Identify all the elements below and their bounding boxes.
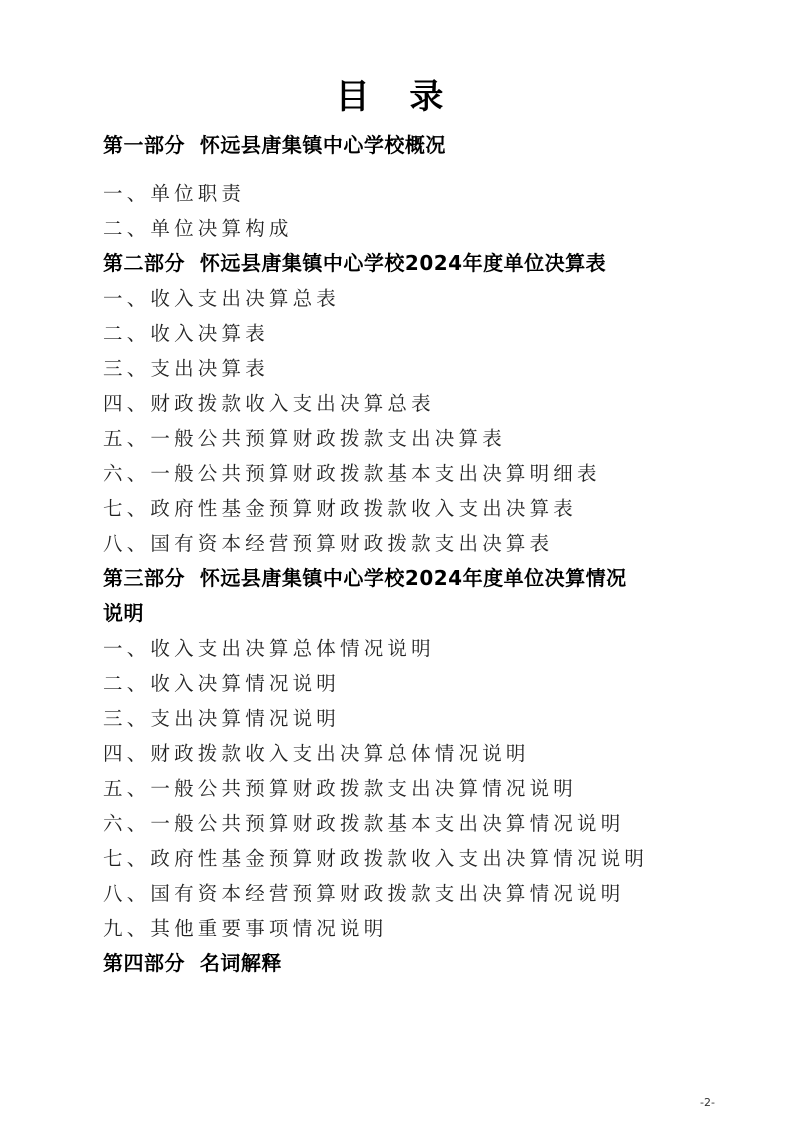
page-title: 目 录 — [0, 76, 793, 118]
toc-part-3-heading-continued[interactable]: 说明 — [103, 596, 723, 631]
toc-item[interactable]: 八、国有资本经营预算财政拨款支出决算表 — [103, 526, 723, 561]
table-of-contents: 第一部分 怀远县唐集镇中心学校概况 一、单位职责 二、单位决算构成 第二部分 怀… — [103, 128, 723, 981]
toc-part-3-heading[interactable]: 第三部分 怀远县唐集镇中心学校2024年度单位决算情况 — [103, 561, 723, 596]
toc-part-4-heading[interactable]: 第四部分 名词解释 — [103, 946, 723, 981]
toc-part-2-heading[interactable]: 第二部分 怀远县唐集镇中心学校2024年度单位决算表 — [103, 246, 723, 281]
toc-item[interactable]: 七、政府性基金预算财政拨款收入支出决算情况说明 — [103, 841, 723, 876]
toc-item[interactable]: 一、单位职责 — [103, 176, 723, 211]
toc-item[interactable]: 三、支出决算表 — [103, 351, 723, 386]
document-page: 目 录 第一部分 怀远县唐集镇中心学校概况 一、单位职责 二、单位决算构成 第二… — [0, 0, 793, 1122]
toc-item[interactable]: 二、收入决算表 — [103, 316, 723, 351]
page-number: -2- — [700, 1096, 715, 1109]
toc-item[interactable]: 四、财政拨款收入支出决算总表 — [103, 386, 723, 421]
toc-item[interactable]: 一、收入支出决算总表 — [103, 281, 723, 316]
toc-item[interactable]: 四、财政拨款收入支出决算总体情况说明 — [103, 736, 723, 771]
toc-part-1-heading[interactable]: 第一部分 怀远县唐集镇中心学校概况 — [103, 128, 723, 163]
toc-item[interactable]: 九、其他重要事项情况说明 — [103, 911, 723, 946]
toc-item[interactable]: 二、单位决算构成 — [103, 211, 723, 246]
toc-item[interactable]: 五、一般公共预算财政拨款支出决算情况说明 — [103, 771, 723, 806]
toc-item[interactable]: 三、支出决算情况说明 — [103, 701, 723, 736]
toc-item[interactable]: 一、收入支出决算总体情况说明 — [103, 631, 723, 666]
toc-item[interactable]: 七、政府性基金预算财政拨款收入支出决算表 — [103, 491, 723, 526]
toc-item[interactable]: 六、一般公共预算财政拨款基本支出决算明细表 — [103, 456, 723, 491]
toc-item[interactable]: 八、国有资本经营预算财政拨款支出决算情况说明 — [103, 876, 723, 911]
toc-item[interactable]: 六、一般公共预算财政拨款基本支出决算情况说明 — [103, 806, 723, 841]
toc-item[interactable]: 五、一般公共预算财政拨款支出决算表 — [103, 421, 723, 456]
toc-item[interactable]: 二、收入决算情况说明 — [103, 666, 723, 701]
